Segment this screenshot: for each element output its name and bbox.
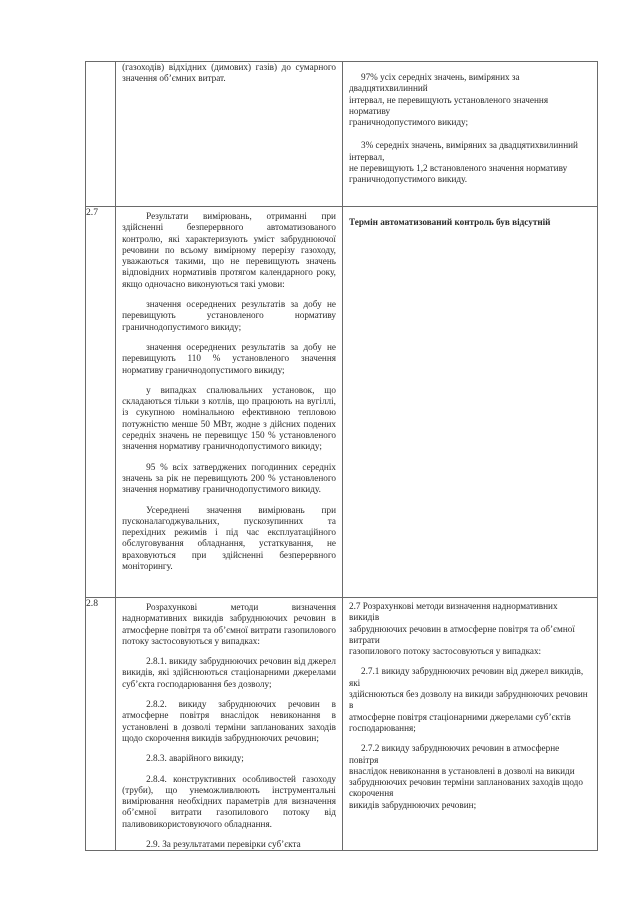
requirement-cell: Розрахункові методи визначення наднормат… (116, 598, 343, 851)
paragraph: значення осереднених результатів за добу… (122, 342, 336, 376)
row-number (86, 62, 116, 207)
paragraph: 97% усіх середніх значень, виміряних за … (349, 72, 589, 128)
paragraph: 2.8.2. викиду забруднюючих речовин в атм… (122, 699, 336, 744)
paragraph: 2.7.1 викиду забруднюючих речовин від дж… (349, 666, 589, 734)
paragraph: 2.8.1. викиду забруднюючих речовин від д… (122, 656, 336, 690)
finding-cell: 2.7 Розрахункові методи визначення надно… (342, 598, 597, 851)
paragraph: Результати вимірювань, отриманні при зді… (122, 211, 336, 290)
paragraph: Усереднені значення вимірювань при пуско… (122, 505, 336, 573)
row-number: 2.8 (86, 598, 116, 851)
table-row: 2.7 Результати вимірювань, отриманні при… (86, 207, 598, 598)
document-page: (газоходів) відхідних (димових) газів) д… (0, 0, 640, 905)
requirement-cell: Результати вимірювань, отриманні при зді… (116, 207, 343, 598)
paragraph: 2.9. За результатами перевірки суб’єкта (122, 839, 336, 850)
finding-bold-text: Термін автоматизований контроль був відс… (349, 217, 589, 228)
paragraph: 2.8.3. аварійного викиду; (122, 753, 336, 764)
finding-cell: Термін автоматизований контроль був відс… (342, 207, 597, 598)
paragraph: значення осереднених результатів за добу… (122, 299, 336, 333)
paragraph: 95 % всіх затверджених погодинних середн… (122, 462, 336, 496)
paragraph: (газоходів) відхідних (димових) газів) д… (122, 62, 336, 85)
paragraph: Розрахункові методи визначення наднормат… (122, 602, 336, 647)
row-number: 2.7 (86, 207, 116, 598)
paragraph: 2.7 Розрахункові методи визначення надно… (349, 601, 589, 657)
finding-cell: 97% усіх середніх значень, виміряних за … (342, 62, 597, 207)
paragraph: у випадках спалювальних установок, що ск… (122, 385, 336, 453)
paragraph: 2.7.2 викиду забруднюючих речовин в атмо… (349, 743, 589, 811)
table-row: (газоходів) відхідних (димових) газів) д… (86, 62, 598, 207)
requirement-cell: (газоходів) відхідних (димових) газів) д… (116, 62, 343, 207)
comparison-table: (газоходів) відхідних (димових) газів) д… (85, 61, 598, 851)
table-row: 2.8 Розрахункові методи визначення надно… (86, 598, 598, 851)
paragraph: 3% середніх значень, виміряних за двадця… (349, 140, 589, 185)
paragraph: 2.8.4. конструктивних особливостей газох… (122, 774, 336, 830)
